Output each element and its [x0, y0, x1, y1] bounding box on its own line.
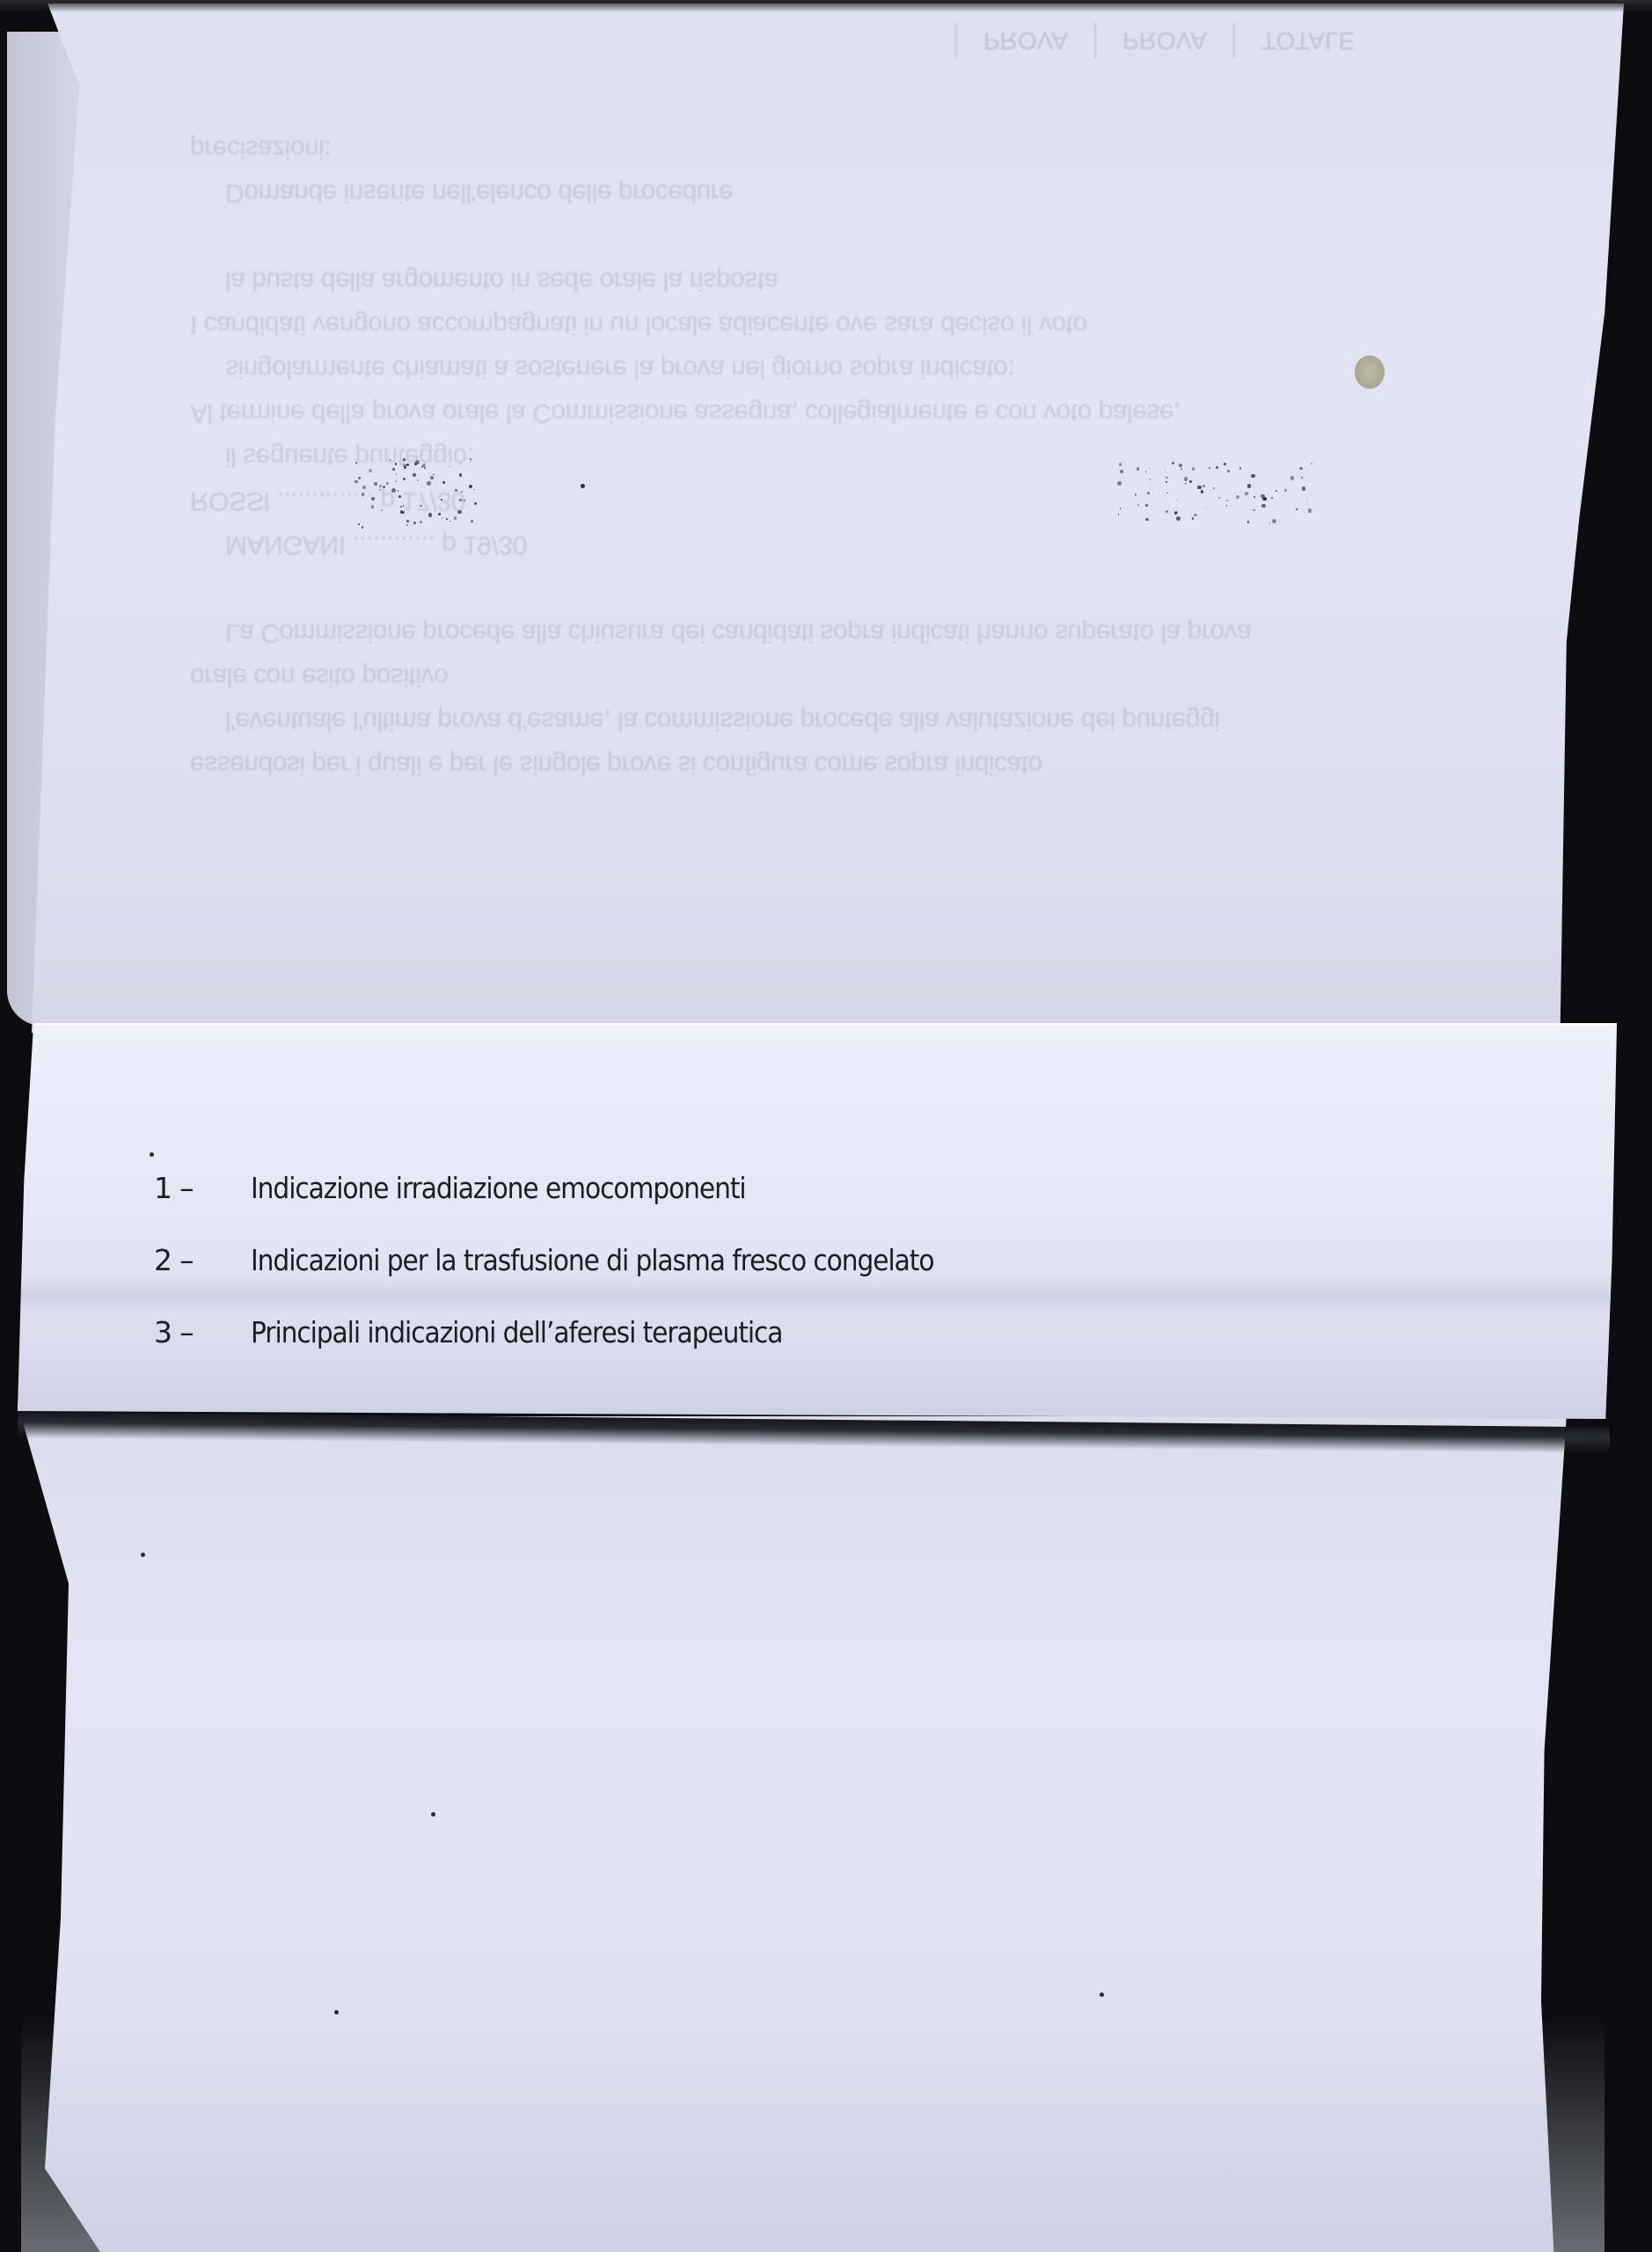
- item-number: 3 –: [154, 1315, 251, 1349]
- bleed-header-cell: PROVA: [1094, 23, 1233, 58]
- bleed-line: singolarmente chiamati a sostenere la pr…: [190, 347, 1527, 391]
- scanner-edge-shadow: [0, 0, 1652, 12]
- bleed-through-table-header: PROVA PROVA TOTALE: [955, 23, 1381, 58]
- bleed-line: MANGANI ............ p 19/30: [190, 523, 1527, 567]
- bleed-line: [190, 567, 1527, 611]
- bleed-line: l'eventuale l'ultima prova d'esame, la c…: [190, 698, 1527, 742]
- paper-stain: [1355, 355, 1385, 389]
- list-item: 1 – Indicazione irradiazione emocomponen…: [154, 1171, 1010, 1243]
- item-text: Principali indicazioni dell’aferesi tera…: [251, 1315, 782, 1349]
- upper-paper-panel: PROVA PROVA TOTALE essendosi per i quali…: [32, 4, 1624, 1033]
- bleed-line: la busta della argomento in sede orale l…: [190, 259, 1527, 303]
- item-number: 1 –: [154, 1171, 251, 1205]
- bleed-header-cell: PROVA: [955, 23, 1094, 58]
- item-number: 2 –: [154, 1243, 251, 1277]
- lower-paper-shade: [21, 2014, 1604, 2252]
- folded-band: 1 – Indicazione irradiazione emocomponen…: [18, 1023, 1617, 1419]
- bleed-line: La Commissione procede alla chiusura dei…: [190, 611, 1527, 654]
- bleed-through-text: essendosi per i quali e per le singole p…: [190, 127, 1527, 786]
- bleed-line: ROSSI .............. p 17/30: [190, 479, 1527, 523]
- bleed-line: I candidati vengono accompagnati in un l…: [190, 303, 1527, 347]
- bleed-line: Al termine della prova orale la Commissi…: [190, 391, 1527, 435]
- list-item: 3 – Principali indicazioni dell’aferesi …: [154, 1315, 1010, 1387]
- item-text: Indicazione irradiazione emocomponenti: [251, 1171, 746, 1205]
- bleed-header-cell: TOTALE: [1233, 23, 1381, 58]
- bleed-line: [190, 215, 1527, 259]
- bleed-line: Domande inserite nell'elenco delle proce…: [190, 171, 1527, 215]
- bleed-line: precisazioni:: [190, 127, 1527, 171]
- list-item: 2 – Indicazioni per la trasfusione di pl…: [154, 1243, 1010, 1315]
- bleed-line: orale con esito positivo: [190, 654, 1527, 698]
- bleed-line: il seguente punteggio:: [190, 435, 1527, 479]
- numbered-list: 1 – Indicazione irradiazione emocomponen…: [154, 1171, 1010, 1387]
- item-text: Indicazioni per la trasfusione di plasma…: [251, 1243, 933, 1277]
- bleed-line: essendosi per i quali e per le singole p…: [190, 742, 1527, 786]
- scanned-document: PROVA PROVA TOTALE essendosi per i quali…: [0, 0, 1652, 2252]
